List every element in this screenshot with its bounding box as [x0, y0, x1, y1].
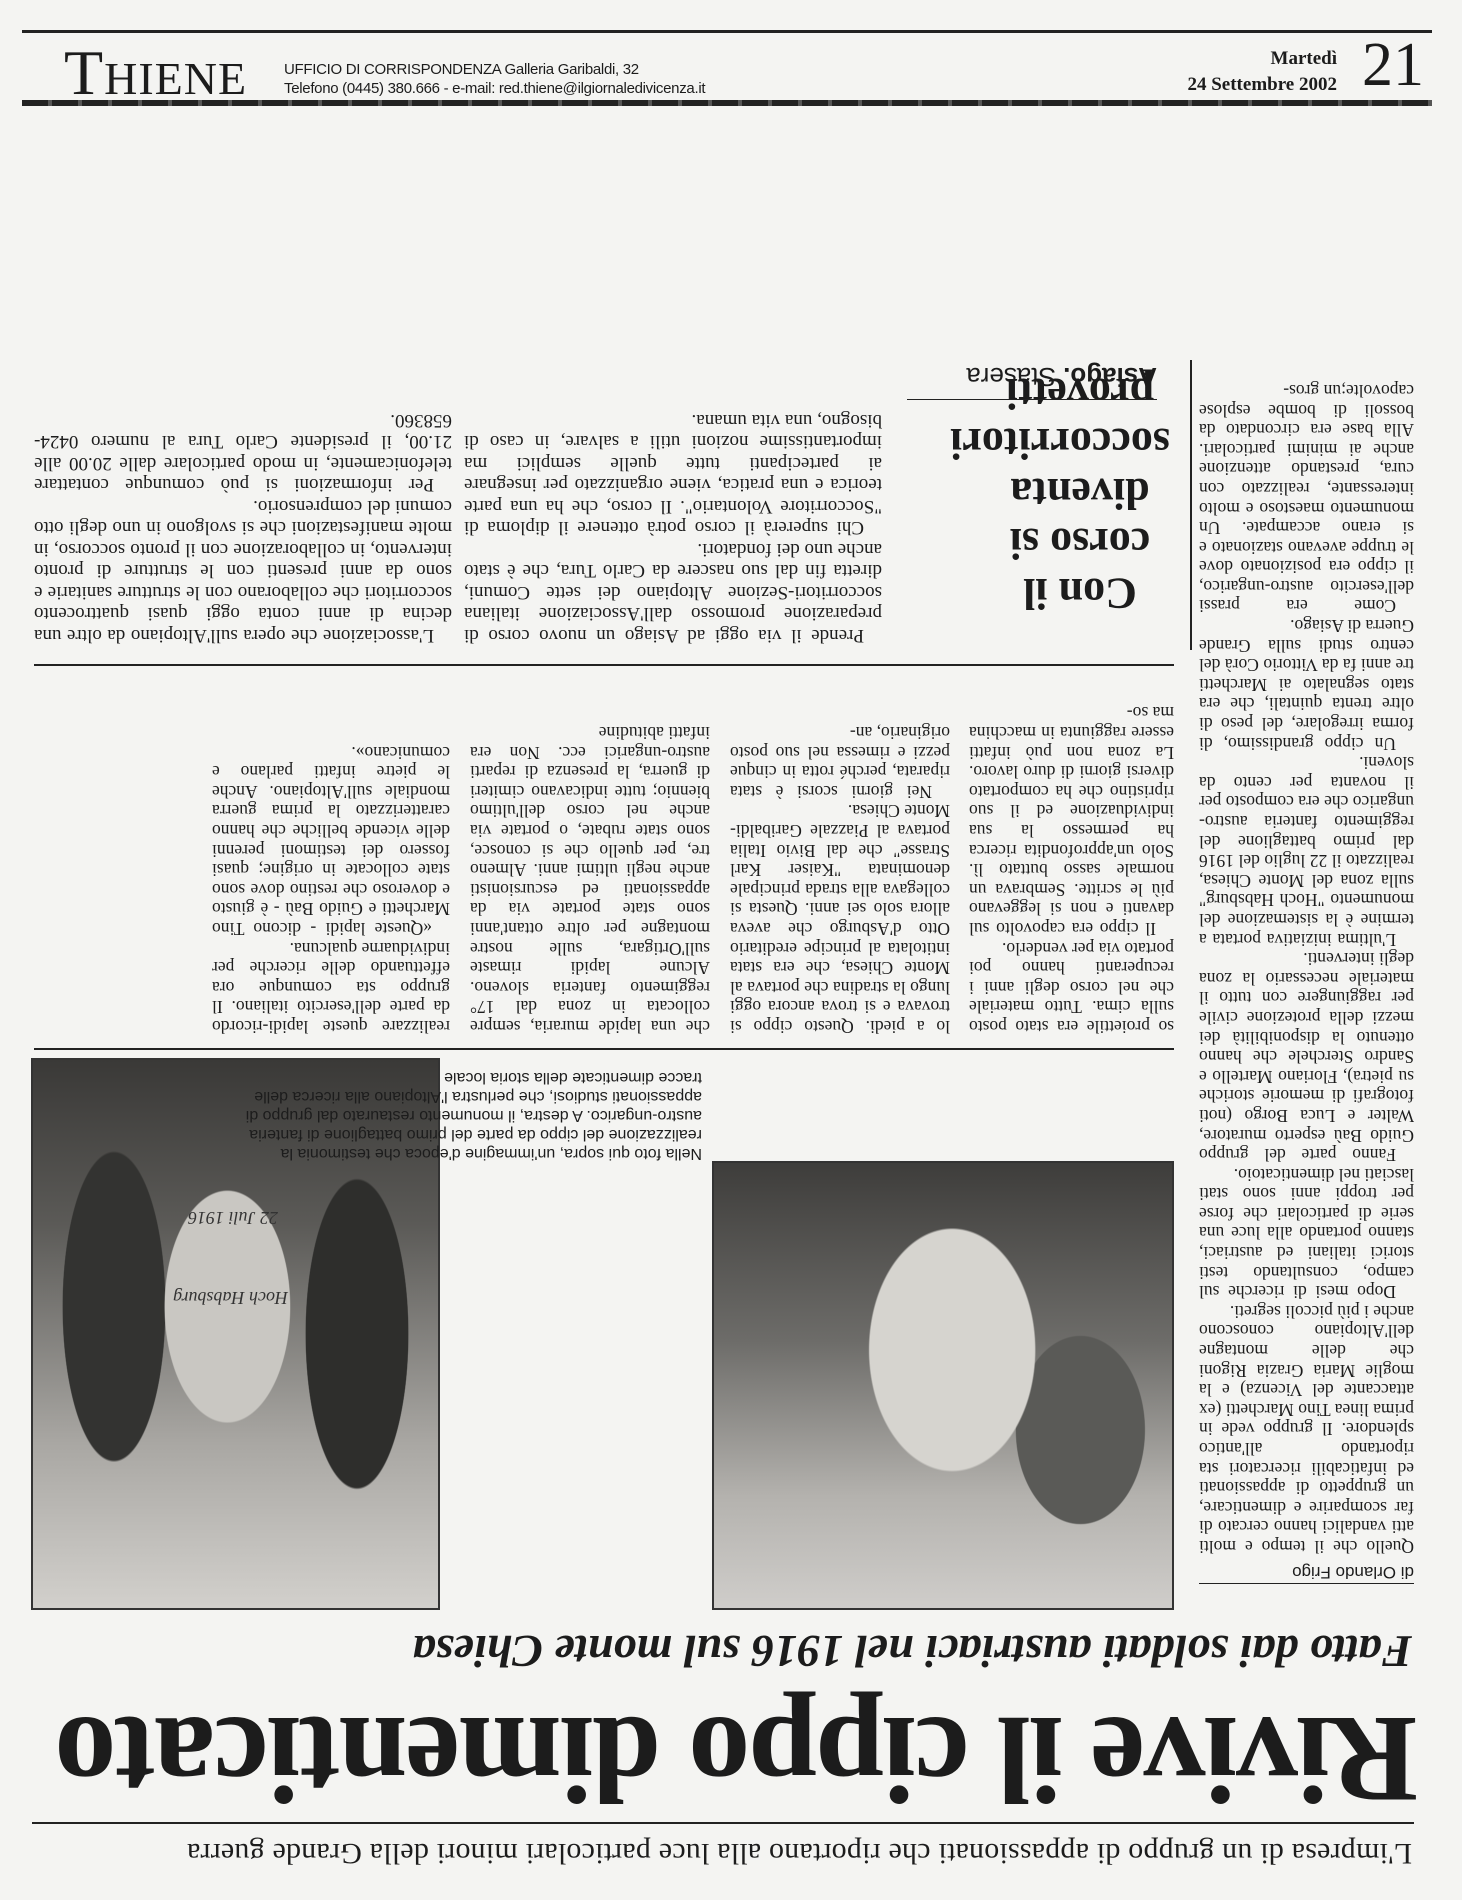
article-subhead: Fatto dai soldati austriaci nel 1916 sul… — [413, 1625, 1412, 1678]
date: 24 Settembre 2002 — [1187, 72, 1337, 98]
kicker-place: Asiago. — [1063, 362, 1157, 392]
page-number: 21 — [1362, 30, 1424, 101]
photo-historic-cippo — [712, 1161, 1174, 1610]
section-divider — [34, 664, 1174, 666]
paragraph: Fanno parte del gruppo Guido Baù esperto… — [1199, 949, 1414, 1165]
section-title-rest: HIENE — [104, 53, 247, 104]
paragraph: che una lapide muraria, sempre collocata… — [470, 723, 710, 1037]
paragraph: L'ultima iniziativa portata a termine è … — [1199, 753, 1414, 949]
kicker-text: Stasera — [966, 362, 1056, 392]
paragraph: realizzare queste lapidi-ricordo da part… — [212, 938, 450, 1036]
side-article-title: Con il corso si diventa soccorritori pro… — [990, 368, 1170, 618]
masthead-bottom-rule — [22, 100, 1432, 106]
photo-caption: Nella foto qui sopra, un'immagine d'epoc… — [222, 1068, 702, 1163]
kicker-rule — [907, 399, 1157, 400]
paragraph: Chi supererà il corso potrà ottenere il … — [464, 410, 882, 539]
byline: di Orlando Frigo — [1292, 1562, 1414, 1582]
weekday: Martedì — [1187, 46, 1337, 72]
paragraph: «Queste lapidi - dicono Tino Marchetti e… — [212, 742, 450, 938]
paragraph: lo a piedi. Questo cippo si trovava e si… — [730, 801, 950, 1036]
column-rule — [1190, 360, 1192, 650]
article-column-4: che una lapide muraria, sempre collocata… — [470, 723, 710, 1037]
article-upside-down: L'impresa di un gruppo di appassionati c… — [22, 118, 1442, 1878]
side-article-column-2: L'associazione che opera sull'Altopiano … — [34, 410, 452, 647]
paragraph: Il cippo era capovolto sul davanti e non… — [969, 703, 1174, 938]
side-article-column-1: Prende il via oggi ad Asiago un nuovo co… — [464, 410, 882, 647]
paragraph: Come era prassi dell'esercito austro-ung… — [1199, 380, 1414, 615]
side-article-kicker: Asiago. Stasera — [966, 361, 1157, 392]
masthead-top-rule — [22, 30, 1432, 33]
paragraph: Un cippo grandissimo, di forma irregolar… — [1199, 616, 1414, 753]
article-headline: Rivive il cippo dimenticato — [56, 1694, 1418, 1824]
paragraph: Nei giorni scorsi è stata riparata, perc… — [730, 723, 950, 801]
office-address: UFFICIO DI CORRISPONDENZA Galleria Garib… — [284, 60, 705, 79]
article-kicker: L'impresa di un gruppo di appassionati c… — [187, 1836, 1412, 1870]
paragraph: so proiettile era stato posto sulla cima… — [969, 938, 1174, 1036]
issue-date: Martedì 24 Settembre 2002 — [1187, 46, 1337, 98]
article-column-5: realizzare queste lapidi-ricordo da part… — [212, 742, 450, 1036]
paragraph: Per informazioni si può comunque contatt… — [34, 410, 452, 496]
inscription-line: 22 Juli 1916 — [188, 1207, 278, 1228]
inscription-line: Hoch Habsburg — [173, 1287, 288, 1308]
paragraph: Prende il via oggi ad Asiago un nuovo co… — [464, 539, 882, 647]
office-info: UFFICIO DI CORRISPONDENZA Galleria Garib… — [284, 60, 705, 98]
paragraph: L'associazione che opera sull'Altopiano … — [34, 496, 452, 647]
paragraph: Dopo mesi di ricerche sul campo, consult… — [1199, 1164, 1414, 1301]
section-divider — [34, 1048, 1174, 1050]
office-contact: Telefono (0445) 380.666 - e-mail: red.th… — [284, 79, 705, 98]
paragraph: Quello che il tempo e molti atti vandali… — [1199, 1301, 1414, 1556]
masthead: THIENE UFFICIO DI CORRISPONDENZA Galleri… — [22, 30, 1432, 105]
article-column-2: so proiettile era stato posto sulla cima… — [969, 703, 1174, 1036]
section-title: THIENE — [64, 36, 247, 110]
byline-rule — [1199, 1583, 1414, 1584]
section-initial: T — [64, 37, 104, 108]
article-column-3: lo a piedi. Questo cippo si trovava e si… — [730, 723, 950, 1037]
article-column-1: Quello che il tempo e molti atti vandali… — [1199, 380, 1414, 1556]
